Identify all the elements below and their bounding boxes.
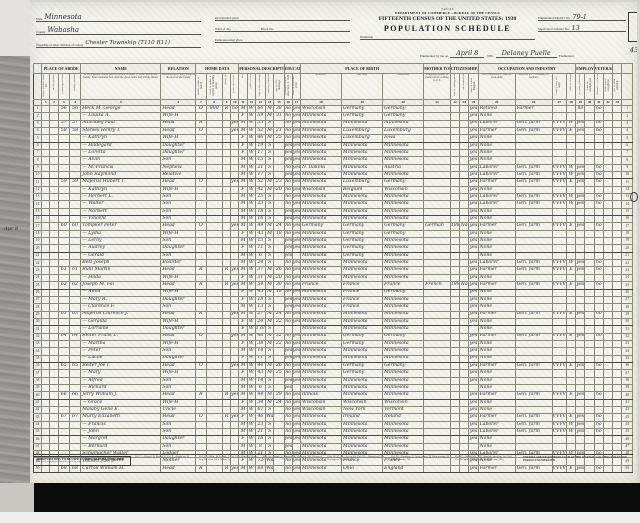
cell-sex: F: [239, 399, 247, 406]
cell-rw: yes: [292, 201, 300, 208]
cell-blank: [42, 105, 50, 112]
cell-age: 52: [255, 179, 265, 186]
cell-blank: [603, 172, 612, 179]
cell-ln: 17: [622, 223, 633, 230]
cell-agm: [274, 260, 284, 267]
cell-bf: Minnesota: [342, 443, 383, 450]
cell-rel: Wife-H: [161, 230, 196, 237]
cell-rw: yes: [292, 274, 300, 281]
cell-code: [552, 384, 566, 391]
column-subheader-rad: Radio set: [222, 74, 230, 100]
cell-name: — Mary R.: [81, 296, 161, 303]
cell-emp: [576, 245, 585, 252]
cell-blank: [603, 223, 612, 230]
cell-code: [552, 436, 566, 443]
cell-blank: [585, 414, 594, 421]
cell-bf: Minnesota: [342, 267, 383, 274]
cell-own: O: [196, 105, 206, 112]
cell-blank: [585, 436, 594, 443]
table-row: 15656Heck M. GeorgeHeadO800RnoMW66M38noy…: [34, 105, 633, 112]
cell-blank: [50, 172, 58, 179]
cell-blank: [613, 186, 622, 193]
enumerated-label: Enumerated by me on: [420, 54, 448, 58]
cell-rad: [222, 164, 230, 171]
cell-emp: [576, 326, 585, 333]
cell-ln: 4: [622, 127, 633, 134]
cell-emp: [576, 113, 585, 120]
cell-fam: [69, 208, 80, 215]
cell-cls: [566, 355, 575, 362]
cell-agm: [274, 172, 284, 179]
cell-val: [206, 179, 222, 186]
cell-blank: [603, 348, 612, 355]
cell-dw: [58, 370, 69, 377]
year-label: 1930,: [486, 54, 493, 58]
cell-rw: yes: [292, 164, 300, 171]
cell-blank: [603, 274, 612, 281]
cell-dw: [58, 113, 69, 120]
cell-occ: None: [478, 238, 515, 245]
cell-name: — Lydia: [81, 230, 161, 237]
cell-blank: [585, 113, 594, 120]
cell-bf: Germany: [342, 223, 383, 230]
abbrev-col: Cols. 16, 17, 24.—Yes or No. Col. 23.—Na…: [327, 456, 387, 462]
cell-imm: [450, 201, 459, 208]
cell-eng: yes: [469, 392, 478, 399]
column-group-label: EMPLOYMENT: [576, 64, 594, 74]
cell-cls: [566, 216, 575, 223]
cell-dw: 65: [58, 362, 69, 369]
cell-blank: [603, 370, 612, 377]
cell-imm: [450, 245, 459, 252]
cell-blank: [603, 149, 612, 156]
column-subheader-rw: Able to read and write: [292, 74, 300, 100]
column-subheader-lineR: [622, 74, 633, 100]
cell-blank: [603, 436, 612, 443]
cell-name: — Herbert L.: [81, 194, 161, 201]
cell-ind: [515, 443, 552, 450]
cell-bf: Luxemburg: [342, 179, 383, 186]
cell-name: — Peter: [81, 348, 161, 355]
cell-imm: [450, 443, 459, 450]
cell-vet: no: [594, 194, 603, 201]
cell-fam: 57: [69, 120, 80, 127]
cell-dw: [58, 355, 69, 362]
cell-tong: [424, 407, 451, 414]
cell-name: — Kathryn: [81, 135, 161, 142]
cell-blank: [585, 127, 594, 134]
cell-blank: [42, 149, 50, 156]
cell-blank: [50, 201, 58, 208]
cell-eng: yes: [469, 436, 478, 443]
cell-nat: [460, 392, 469, 399]
cell-agm: [274, 429, 284, 436]
cell-imm: [450, 289, 459, 296]
cell-rel: Daughter: [161, 355, 196, 362]
department-line: DEPARTMENT OF COMMERCE—BUREAU OF THE CEN…: [360, 11, 535, 15]
cell-tong: [424, 179, 451, 186]
cell-ln: 27: [622, 296, 633, 303]
cell-occ: None: [478, 208, 515, 215]
cell-ln: 46: [34, 436, 42, 443]
cell-vet: [594, 370, 603, 377]
cell-bp: Minnesota: [300, 429, 341, 436]
cell-fm: [231, 407, 239, 414]
cell-sch: yes: [284, 149, 292, 156]
cell-vet: no: [594, 311, 603, 318]
cell-ln: 22: [622, 260, 633, 267]
cell-bm: Minnesota: [383, 260, 424, 267]
cell-eng: yes: [469, 186, 478, 193]
cell-ln: 28: [34, 304, 42, 311]
cell-ln: 38: [34, 377, 42, 384]
cell-ln: 34: [34, 348, 42, 355]
cell-blank: [585, 179, 594, 186]
cell-tong: [424, 274, 451, 281]
cell-bf: Minnesota: [342, 436, 383, 443]
cell-name: — Francis: [81, 421, 161, 428]
cell-ln: 32: [34, 333, 42, 340]
cell-sex: M: [239, 157, 247, 164]
cell-occ: None: [478, 384, 515, 391]
cell-val: [206, 245, 222, 252]
column-group-label: RELATION: [161, 64, 196, 74]
cell-bm: Minnesota: [383, 384, 424, 391]
cell-code: [552, 289, 566, 296]
cell-bm: Minnesota: [383, 348, 424, 355]
cell-fam: [69, 355, 80, 362]
cell-nat: [460, 238, 469, 245]
cell-dw: 62: [58, 282, 69, 289]
cell-bp: Minnesota: [300, 333, 341, 340]
cell-emp: no: [576, 105, 585, 112]
cell-rel: Daughter: [161, 149, 196, 156]
cell-vet: [594, 399, 603, 406]
cell-blank: [585, 311, 594, 318]
cell-dw: [58, 326, 69, 333]
cell-name: Stemes Henry T.: [81, 127, 161, 134]
cell-emp: yes: [576, 362, 585, 369]
table-row: 5— KathrynWife-HFW46M25noyesMinnesotaLux…: [34, 135, 633, 142]
cell-rw: yes: [292, 414, 300, 421]
cell-sch: no: [284, 362, 292, 369]
cell-val: [206, 230, 222, 237]
cell-emp: [576, 157, 585, 164]
cell-nat: [460, 274, 469, 281]
cell-blank: [585, 429, 594, 436]
cell-rel: Son: [161, 216, 196, 223]
cell-mar: M: [266, 223, 274, 230]
cell-ln: 9: [622, 164, 633, 171]
cell-sch: no: [284, 164, 292, 171]
cell-sex: M: [239, 443, 247, 450]
cell-rel: Son: [161, 384, 196, 391]
cell-mar: M: [266, 135, 274, 142]
cell-vet: [594, 326, 603, 333]
cell-emp: [576, 384, 585, 391]
cell-age: 11: [255, 355, 265, 362]
cell-cls: [566, 157, 575, 164]
cell-eng: yes: [469, 377, 478, 384]
cell-blank: [613, 238, 622, 245]
cell-occ: None: [478, 245, 515, 252]
cell-blank: [50, 414, 58, 421]
cell-occ: Laborer: [478, 260, 515, 267]
cell-occ: None: [478, 230, 515, 237]
cell-vet: [594, 340, 603, 347]
cell-sch: yes: [284, 304, 292, 311]
cell-sex: M: [239, 362, 247, 369]
cell-tong: [424, 172, 451, 179]
cell-blank: [42, 164, 50, 171]
cell-blank: [585, 105, 594, 112]
cell-mar: M: [266, 399, 274, 406]
cell-code: [552, 157, 566, 164]
cell-blank: [50, 274, 58, 281]
cell-age: 14: [255, 377, 265, 384]
census-table: PLACE OF ABODENAMERELATIONHOME DATAPERSO…: [33, 63, 633, 473]
cell-ln: 43: [34, 414, 42, 421]
cell-dw: 58: [58, 127, 69, 134]
column-subheader-sex: Sex: [239, 74, 247, 100]
cell-race: W: [247, 260, 255, 267]
cell-bm: Minnesota: [383, 267, 424, 274]
cell-occ: None: [478, 340, 515, 347]
cell-ln: 18: [622, 230, 633, 237]
cell-fam: 66: [69, 392, 80, 399]
cell-rel: Head: [161, 414, 196, 421]
cell-blank: [585, 296, 594, 303]
cell-race: W: [247, 164, 255, 171]
cell-ln: 38: [622, 377, 633, 384]
cell-bf: Minnesota: [342, 311, 383, 318]
cell-fam: 64: [69, 333, 80, 340]
cell-name: — Vincent: [81, 216, 161, 223]
cell-agm: 22: [274, 318, 284, 325]
cell-blank: [613, 245, 622, 252]
cell-val: [206, 289, 222, 296]
cell-rad: [222, 127, 230, 134]
cell-blank: [42, 304, 50, 311]
cell-ind: [515, 245, 552, 252]
cell-blank: [50, 436, 58, 443]
cell-bf: Luxemburg: [342, 135, 383, 142]
cell-fm: [231, 370, 239, 377]
cell-nat: [460, 296, 469, 303]
cell-agm: [274, 348, 284, 355]
cell-blank: [50, 399, 58, 406]
cell-cls: [566, 407, 575, 414]
cell-ln: 23: [34, 267, 42, 274]
cell-race: W: [247, 289, 255, 296]
cell-rel: Wife-H: [161, 318, 196, 325]
cell-ind: [515, 274, 552, 281]
cell-rel: Son: [161, 348, 196, 355]
cell-vet: [594, 384, 603, 391]
cell-blank: [603, 282, 612, 289]
scan-band-left: [0, 483, 34, 512]
cell-blank: [585, 120, 594, 127]
cell-code: [552, 443, 566, 450]
cell-race: W: [247, 384, 255, 391]
cell-blank: [50, 362, 58, 369]
cell-blank: [585, 289, 594, 296]
cell-tong: [424, 149, 451, 156]
cell-rw: yes: [292, 407, 300, 414]
cell-sex: F: [239, 289, 247, 296]
cell-ind: Gen. farm: [515, 223, 552, 230]
cell-blank: [585, 164, 594, 171]
cell-fam: [69, 384, 80, 391]
cell-sex: F: [239, 186, 247, 193]
column-subheader-lineL: [34, 74, 42, 100]
cell-age: 25: [255, 194, 265, 201]
cell-blank: [603, 194, 612, 201]
column-group-label: MOTHER TONGUE: [424, 64, 451, 74]
cell-blank: [603, 216, 612, 223]
cell-blank: [50, 149, 58, 156]
cell-sex: M: [239, 282, 247, 289]
cell-age: 67: [255, 407, 265, 414]
cell-eng: yes: [469, 223, 478, 230]
cell-own: [196, 340, 206, 347]
cell-rw: yes: [292, 436, 300, 443]
cell-blank: [613, 399, 622, 406]
cell-val: [206, 421, 222, 428]
cell-sex: F: [239, 135, 247, 142]
cell-code: [552, 296, 566, 303]
column-group-label: PERSONAL DESCRIPTION: [239, 64, 284, 74]
cell-code: VVVV: [552, 223, 566, 230]
cell-race: W: [247, 157, 255, 164]
cell-blank: [585, 142, 594, 149]
cell-rw: yes: [292, 245, 300, 252]
cell-rw: yes: [292, 142, 300, 149]
cell-code: [552, 377, 566, 384]
cell-age: 38: [255, 340, 265, 347]
cell-imm: [450, 127, 459, 134]
cell-fm: [231, 238, 239, 245]
cell-fm: [231, 304, 239, 311]
cell-rad: [222, 216, 230, 223]
cell-sex: M: [239, 407, 247, 414]
cell-age: 44: [255, 362, 265, 369]
cell-code: VVVV: [552, 392, 566, 399]
table-row: 35757Minckley PaulHeadRyesMW35SnoyesMinn…: [34, 120, 633, 127]
cell-bm: Minnesota: [383, 311, 424, 318]
cell-ln: 27: [34, 296, 42, 303]
cell-sex: M: [239, 105, 247, 112]
cell-bf: Minnesota: [342, 274, 383, 281]
cell-val: [206, 377, 222, 384]
cell-fam: [69, 201, 80, 208]
cell-emp: yes: [576, 421, 585, 428]
cell-fm: [231, 318, 239, 325]
cell-ln: 31: [34, 326, 42, 333]
cell-code: [552, 399, 566, 406]
cell-code: VVVV: [552, 194, 566, 201]
cell-blank: [585, 362, 594, 369]
county-field: County Wabasha: [36, 27, 201, 35]
table-row: 38— AlfredSonMW14SyesyesMinnesotaMinneso…: [34, 377, 633, 384]
cell-occ: Farmer: [478, 179, 515, 186]
cell-bp: Minnesota: [300, 127, 341, 134]
cell-fm: [231, 201, 239, 208]
cell-bm: Minnesota: [383, 142, 424, 149]
cell-name: Tompker Peter: [81, 223, 161, 230]
cell-bm: Ireland: [383, 414, 424, 421]
cell-val: [206, 186, 222, 193]
cell-blank: [613, 414, 622, 421]
cell-fm: [231, 429, 239, 436]
cell-tong: [424, 186, 451, 193]
cell-fm: [231, 326, 239, 333]
cell-bm: Minnesota: [383, 157, 424, 164]
cell-bm: Minnesota: [383, 421, 424, 428]
cell-imm: [450, 113, 459, 120]
cell-name: — Lorraine: [81, 326, 161, 333]
cell-fam: [69, 443, 80, 450]
cell-sch: yes: [284, 157, 292, 164]
cell-mar: S: [266, 142, 274, 149]
cell-bf: Minnesota: [342, 164, 383, 171]
cell-rel: Daughter: [161, 326, 196, 333]
cell-own: [196, 135, 206, 142]
cell-blank: [585, 230, 594, 237]
cell-blank: [42, 201, 50, 208]
cell-rel: Son: [161, 157, 196, 164]
cell-tong: [424, 326, 451, 333]
cell-nat: [460, 348, 469, 355]
cell-cls: [566, 304, 575, 311]
cell-val: [206, 149, 222, 156]
cell-agm: [274, 149, 284, 156]
cell-rel: Son: [161, 443, 196, 450]
cell-eng: yes: [469, 362, 478, 369]
column-subheader-ind: INDUSTRY — industry or business: [515, 74, 552, 100]
cell-code: [552, 407, 566, 414]
cell-occ: None: [478, 443, 515, 450]
cell-val: [206, 120, 222, 127]
cell-dw: [58, 216, 69, 223]
cell-tong: [424, 421, 451, 428]
cell-sch: no: [284, 289, 292, 296]
cell-own: [196, 208, 206, 215]
cell-ind: Gen. farm: [515, 267, 552, 274]
table-row: 236161Ruhl MartinHeadRRyesMW37M26noyesMi…: [34, 267, 633, 274]
cell-occ: None: [478, 274, 515, 281]
cell-rw: yes: [292, 399, 300, 406]
cell-rel: Son: [161, 304, 196, 311]
cell-blank: [42, 414, 50, 421]
cell-sex: M: [239, 267, 247, 274]
cell-dw: 63: [58, 311, 69, 318]
cell-tong: [424, 194, 451, 201]
cell-emp: yes: [576, 201, 585, 208]
cell-race: W: [247, 142, 255, 149]
cell-name: — Geralda: [81, 318, 161, 325]
cell-blank: [50, 186, 58, 193]
cell-nat: [460, 149, 469, 156]
cell-blank: [603, 318, 612, 325]
cell-code: VVVV: [552, 362, 566, 369]
cell-fm: [231, 142, 239, 149]
cell-agm: 32: [274, 333, 284, 340]
cell-mar: S: [266, 216, 274, 223]
cell-bf: Minnesota: [342, 318, 383, 325]
cell-ln: 31: [622, 326, 633, 333]
cell-tong: [424, 377, 451, 384]
